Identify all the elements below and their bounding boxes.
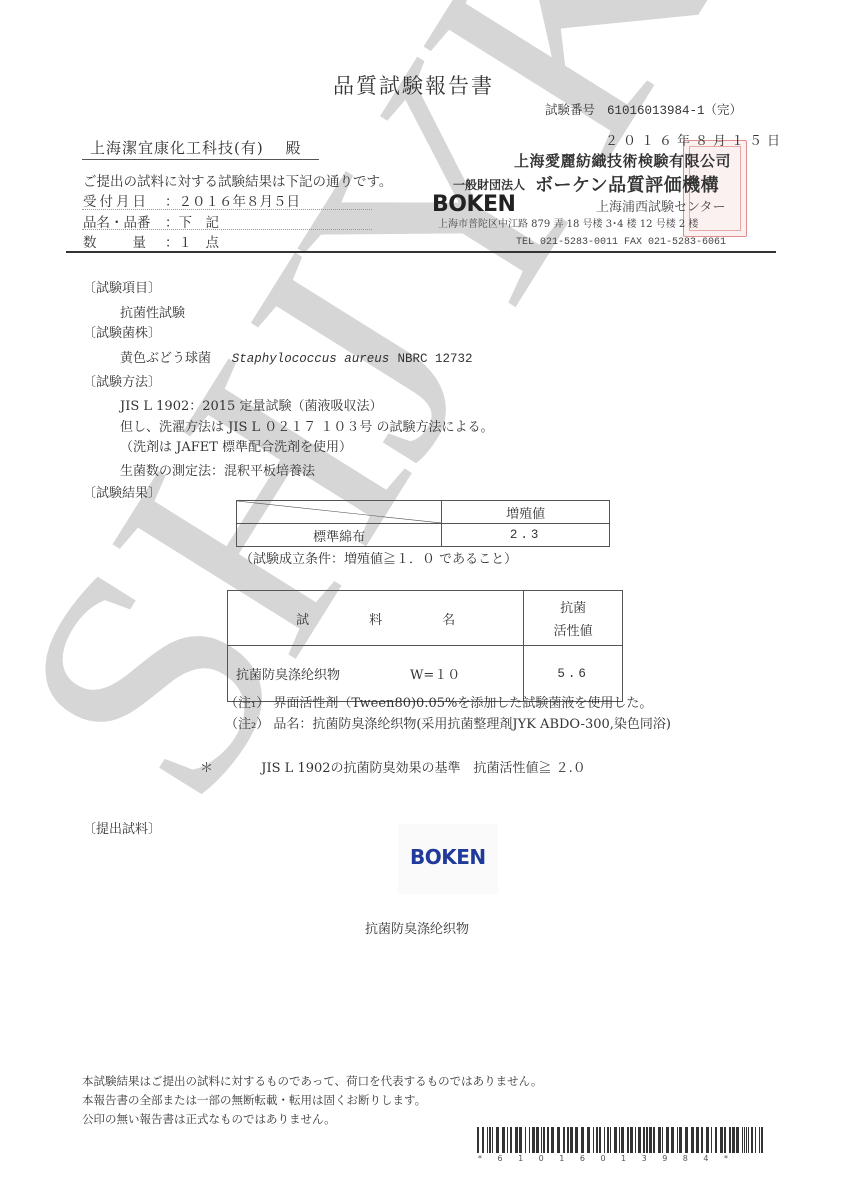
sample-name-header: 試料名: [228, 591, 524, 646]
info-quantity: 数 量：１ 点: [83, 231, 219, 251]
growth-header: 増殖値: [442, 501, 610, 524]
issuer-contact: TEL 021-5283-0011 FAX 021-5283-6061: [516, 237, 726, 248]
footer-line: 公印の無い報告書は正式なものではありません。: [82, 1111, 336, 1127]
boken-logo: BOKEN: [432, 192, 515, 217]
issuer-company: 上海愛麗紡織技術検験有限公司: [514, 150, 731, 171]
info-value: ：２０１６年８月５日: [165, 194, 300, 210]
test-number: 試験番号 61016013984-1（完）: [545, 100, 742, 118]
criteria: ＊ JIS L 1902の抗菌防臭効果の基準 抗菌活性値≧ ２.０: [200, 757, 586, 776]
footer-line: 本報告書の全部または一部の無断転載・転用は固くお断りします。: [82, 1092, 426, 1108]
test-number-label: 試験番号: [545, 102, 595, 117]
barcode: [477, 1127, 769, 1153]
issuer-center: 上海浦西試験センター: [596, 196, 725, 215]
section-test-result: 〔試験結果〕: [83, 482, 161, 501]
issuer-org-name: ボーケン品質評価機構: [535, 171, 719, 197]
section-test-strain: 〔試験菌株〕: [83, 322, 161, 341]
criteria-mark: ＊: [200, 761, 213, 776]
antibacterial-activity-table: 試料名 抗菌 活性値 抗菌防臭涤纶织物W=１０ 5.6: [227, 590, 623, 702]
divider: [82, 209, 372, 210]
strain-code: NBRC 12732: [397, 352, 472, 366]
issuer-org-prefix: 一般財団法人: [453, 176, 525, 193]
sample-boken-logo: BOKEN: [410, 845, 486, 869]
note-1: （注₁） 界面活性剤（Tween80)0.05%を添加した試験菌液を使用した。: [225, 692, 652, 711]
divider: [82, 229, 372, 230]
growth-value-table: 増殖値 標準綿布 2.3: [236, 500, 610, 547]
document-title: 品質試験報告書: [333, 70, 494, 100]
wash-count: W=１０: [410, 668, 460, 683]
client-underline: [82, 159, 319, 160]
sample-name: 抗菌防臭涤纶织物: [365, 918, 469, 937]
test-item-value: 抗菌性試験: [120, 302, 185, 321]
info-label: 受付月日: [83, 190, 165, 210]
growth-row-label: 標準綿布: [237, 524, 442, 547]
header-rule: [66, 251, 776, 253]
test-condition: （試験成立条件：増殖値≧１．０ であること）: [240, 548, 517, 567]
method-line: 但し、洗濯方法は JIS L ０２１７ １０３号 の試験方法による。: [120, 416, 494, 435]
section-test-method: 〔試験方法〕: [83, 371, 161, 390]
info-received-date: 受付月日：２０１６年８月５日: [83, 190, 300, 210]
test-number-value: 61016013984-1（完）: [607, 104, 742, 118]
method-line: JIS L 1902：2015 定量試験（菌液吸収法）: [120, 395, 382, 414]
issue-date: ２０１６年８月１５日: [605, 130, 785, 149]
section-sample: 〔提出試料〕: [83, 818, 161, 837]
note-2: （注₂） 品名：抗菌防臭涤纶织物(采用抗菌整理剤JYK ABDO-300,染色同…: [225, 713, 671, 732]
strain-latin: Staphylococcus aureus: [232, 352, 390, 366]
intro-text: ご提出の試料に対する試験結果は下記の通りです。: [83, 170, 392, 190]
client-name: 上海潔宜康化工科技(有) 殿: [90, 137, 301, 158]
info-product: 品名・品番：下 記: [83, 211, 219, 231]
barcode-text: *61016013984*: [478, 1154, 744, 1163]
method-line: （洗剤は JAFET 標準配合洗剤を使用）: [120, 436, 352, 455]
growth-row-value: 2.3: [442, 524, 610, 547]
activity-header: 抗菌 活性値: [524, 591, 623, 646]
section-test-item: 〔試験項目〕: [83, 277, 161, 296]
issuer-address: 上海市普陀区中江路 879 弄 18 号楼 3･4 楼 12 号楼 2 楼: [438, 215, 698, 230]
criteria-text: JIS L 1902の抗菌防臭効果の基準 抗菌活性値≧ ２.０: [261, 761, 586, 776]
strain-japanese: 黄色ぶどう球菌: [120, 351, 211, 366]
footer-line: 本試験結果はご提出の試料に対するものであって、荷口を代表するものではありません。: [82, 1073, 542, 1089]
info-value: ：１ 点: [165, 235, 219, 251]
info-label: 数 量: [83, 231, 165, 251]
test-strain-value: 黄色ぶどう球菌 Staphylococcus aureus NBRC 12732: [120, 347, 473, 366]
method-line: 生菌数の測定法：混釈平板培養法: [120, 460, 315, 479]
info-label: 品名・品番: [83, 211, 165, 231]
diagonal-cell: [237, 501, 442, 524]
